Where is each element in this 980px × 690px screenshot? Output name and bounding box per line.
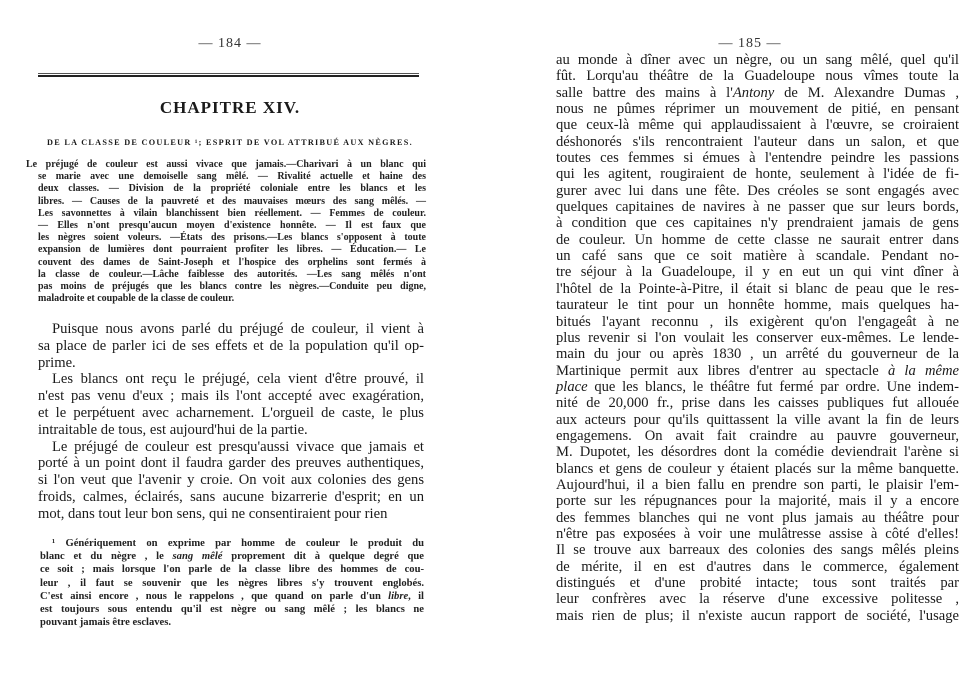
text-line: bitués l'ayant reconnu , ils exigèrent q… — [556, 314, 959, 330]
summary-line: — Elles n'ont presqu'aucun moyen d'exist… — [26, 220, 426, 232]
text-line: de mérite, il en est d'autres dans le co… — [556, 559, 959, 575]
footnote-line: est toujours sous entendu qu'il est nègr… — [40, 603, 424, 616]
footnote-line: ce soit ; mais lorsque l'on parle de la … — [40, 563, 424, 576]
body-text-right: au monde à dîner avec un nègre, ou un sa… — [556, 52, 959, 624]
text-line: salle battre des mains à l'Antony de M. … — [556, 85, 959, 101]
text-line: intraitable de tous, est aujourd'hui de … — [38, 422, 424, 439]
text-line: Martinique permit aux libres d'entrer au… — [556, 363, 959, 379]
text-line: nous ne pûmes réprimer un mouvement de p… — [556, 101, 959, 117]
italic-term: sang mêlé — [173, 551, 223, 562]
paragraph: Le préjugé de couleur est presqu'aussi v… — [38, 439, 424, 523]
chapter-divider-rule — [38, 73, 419, 78]
text-line: Les blancs ont reçu le préjugé, cela vie… — [38, 371, 424, 388]
text-line: plus revenir si l'on voulait les conserv… — [556, 330, 959, 346]
footnote-line: C'est ainsi encore , nous le rappelons ,… — [40, 590, 424, 603]
text-line: taurateur le tint pour un honnête homme,… — [556, 297, 959, 313]
text-line: nité de 20,000 fr., prise dans les caiss… — [556, 395, 959, 411]
italic-term: à la même — [888, 363, 959, 379]
summary-line: les nègres soient voleurs. —États des pr… — [26, 232, 426, 244]
text-line: quelques capitaines de navires à ne pass… — [556, 199, 959, 215]
text-line: blancs et gens de couleur y étaient plac… — [556, 461, 959, 477]
italic-term: place — [556, 379, 588, 395]
chapter-summary: Le préjugé de couleur est aussi vivace q… — [26, 159, 426, 305]
text-line: n'est pas venu d'eux ; mais ils l'ont ac… — [38, 388, 424, 405]
text-line: et le perpétuent avec acharnement. L'org… — [38, 405, 424, 422]
page-number-left: — 184 — — [30, 36, 430, 52]
text-line: Le préjugé de couleur est presqu'aussi v… — [38, 439, 424, 456]
text-line: Aujourd'hui, il a bien fallu en prendre … — [556, 477, 959, 493]
text-line: qui les agitent, rougiraient de honte, s… — [556, 166, 959, 182]
text-line: leur confrères avec la réserve d'une exc… — [556, 591, 959, 607]
page-number-right: — 185 — — [530, 36, 970, 52]
summary-line: maladroite et coupable de la classe de c… — [26, 293, 426, 305]
chapter-title: CHAPITRE XIV. — [30, 98, 430, 118]
text-line: n'être pas exposées à voir une mulâtress… — [556, 526, 959, 542]
paragraph: Puisque nous avons parlé du préjugé de c… — [38, 321, 424, 371]
text-line: si l'on veut que l'avenir y croie. On vo… — [38, 472, 424, 489]
text-line: un café sans que ce soit matière à scand… — [556, 248, 959, 264]
text-line: Puisque nous avons parlé du préjugé de c… — [38, 321, 424, 338]
text-line: mais rien de plus; il n'existe aucun rap… — [556, 608, 959, 624]
text-line: froids, calmes, éclairés, sans aucune bi… — [38, 489, 424, 506]
text-line: gurer avec lui dans une fête. Des créole… — [556, 183, 959, 199]
text-line: engagemens. On avait fait craindre au pa… — [556, 428, 959, 444]
text-line: distingués et d'une probité intacte; tou… — [556, 575, 959, 591]
footnote-line: ¹ Génériquement on exprime par homme de … — [40, 537, 424, 550]
text-line: au monde à dîner avec un nègre, ou un sa… — [556, 52, 959, 68]
summary-line: Le préjugé de couleur est aussi vivace q… — [26, 159, 426, 171]
paragraph: Les blancs ont reçu le préjugé, cela vie… — [38, 371, 424, 438]
text-line: tre séjour à la Guadeloupe, il y en eut … — [556, 264, 959, 280]
footnote-line: pouvant jamais être esclaves. — [40, 616, 424, 629]
text-line: que ceux-là même qui applaudissaient à l… — [556, 117, 959, 133]
summary-line: libres. — Causes de la pauvreté et des m… — [26, 196, 426, 208]
text-line: porté à un point dont il faudra garder d… — [38, 455, 424, 472]
text-line: déshonorés s'ils rencontraient l'auteur … — [556, 134, 959, 150]
text-line: des femmes blanches qui ne vont plus jam… — [556, 510, 959, 526]
text-line: de couleur. Un homme de cette classe ne … — [556, 232, 959, 248]
text-line: Il se trouve aux barreaux des colonies d… — [556, 542, 959, 558]
text-line: à condition que ces capitaines n'y prend… — [556, 215, 959, 231]
chapter-subtitle: DE LA CLASSE DE COULEUR ¹; ESPRIT DE VOL… — [40, 138, 420, 147]
text-line: toutes ces femmes si émues à l'entendre … — [556, 150, 959, 166]
text-line: sa place de parler ici de ses effets et … — [38, 338, 424, 355]
left-page: — 184 — CHAPITRE XIV. DE LA CLASSE DE CO… — [0, 0, 490, 690]
italic-term: Antony — [733, 85, 774, 101]
text-line: fût. Lorqu'au théâtre de la Guadeloupe n… — [556, 68, 959, 84]
summary-line: se marie avec une demoiselle sang mêlé. … — [26, 171, 426, 183]
text-line: main du jour ou après 1830 , un arrêté d… — [556, 346, 959, 362]
text-line: aux acteurs pour qu'ils quittassent la v… — [556, 412, 959, 428]
summary-line: couvent des dames de Saint-Joseph et l'h… — [26, 257, 426, 269]
text-line: porte sur les répugnances pour la majori… — [556, 493, 959, 509]
summary-line: la classe de couleur.—Lâche faiblesse de… — [26, 269, 426, 281]
text-line: mot, dans tout leur bon sens, qui ne con… — [38, 506, 424, 523]
summary-line: Les savonnettes à vilain blanchissent bi… — [26, 208, 426, 220]
summary-line: deux classes. — Division de la propriété… — [26, 183, 426, 195]
text-line: M. Dupotet, les désordres dont la comédi… — [556, 444, 959, 460]
right-page: — 185 — au monde à dîner avec un nègre, … — [490, 0, 980, 690]
footnote: ¹ Génériquement on exprime par homme de … — [40, 537, 424, 629]
text-line: place que les blancs, le théâtre fut fer… — [556, 379, 959, 395]
italic-term: libre — [388, 591, 408, 602]
summary-line: expansion de lumières dont pourraient pr… — [26, 244, 426, 256]
footnote-line: blanc et du nègre , le sang mêlé proprem… — [40, 550, 424, 563]
footnote-line: leur , il faut se souvenir que les nègre… — [40, 577, 424, 590]
summary-line: pas moins de préjugés que les blancs con… — [26, 281, 426, 293]
body-text-left: Puisque nous avons parlé du préjugé de c… — [38, 321, 424, 523]
text-line: l'hôtel de la Pointe-à-Pitre, il était s… — [556, 281, 959, 297]
text-line: prime. — [38, 355, 424, 372]
